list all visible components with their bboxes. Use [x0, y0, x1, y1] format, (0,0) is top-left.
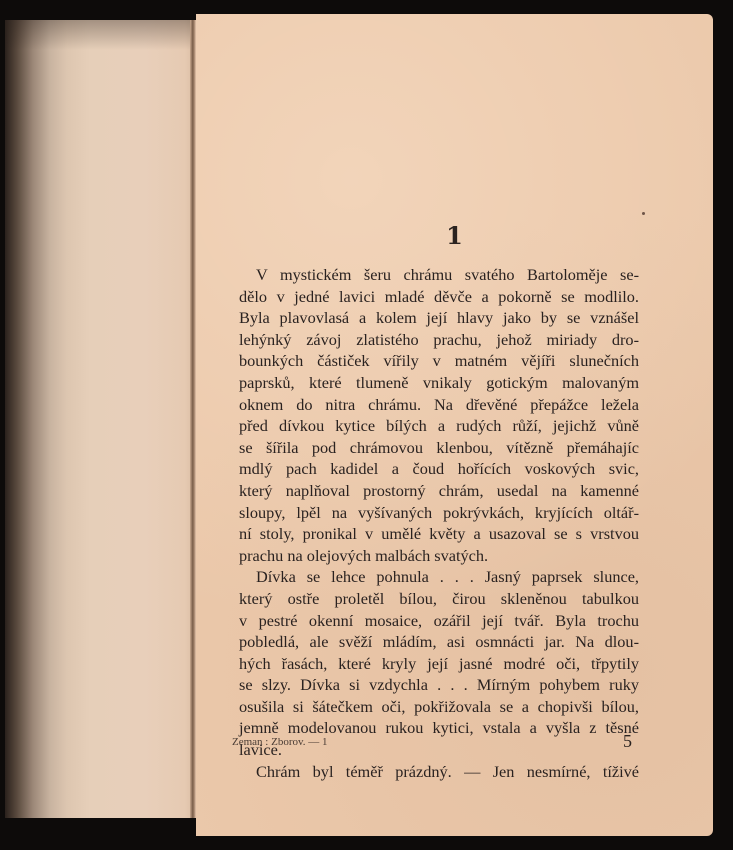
- text-line: Byla plavovlasá a kolem její hlavy jako …: [239, 307, 639, 329]
- text-line: ní stoly, pronikal v umělé květy a usazo…: [239, 523, 639, 545]
- text-line: se šířila pod chrámovou klenbou, vítězně…: [239, 437, 639, 459]
- text-line: před dívkou kytice bílých a rudých růží,…: [239, 415, 639, 437]
- text-line: lehýnký závoj zlatistého prachu, jehož m…: [239, 329, 639, 351]
- text-line: pobledlá, ale svěží mládím, asi osmnácti…: [239, 631, 639, 653]
- paper-speck: [642, 212, 645, 215]
- text-line: v pestré okenní mosaice, ozářil její tvá…: [239, 610, 639, 632]
- text-line: prachu na olejových malbách svatých.: [239, 545, 639, 567]
- page-number: 5: [623, 731, 632, 752]
- right-page: 1 V mystickém šeru chrámu svatého Bartol…: [196, 14, 713, 836]
- text-line: který naplňoval prostorný chrám, usedal …: [239, 480, 639, 502]
- text-line: hých řasách, které kryly její jasné modr…: [239, 653, 639, 675]
- book-scan: 1 V mystickém šeru chrámu svatého Bartol…: [0, 0, 733, 850]
- text-line: paprsků, které tlumeně vnikaly gotickým …: [239, 372, 639, 394]
- text-line: osušila si šátečkem oči, pokřižovala se …: [239, 696, 639, 718]
- body-text: V mystickém šeru chrámu svatého Bartolom…: [239, 264, 639, 782]
- text-line: dělo v jedné lavici mladé děvče a pokorn…: [239, 286, 639, 308]
- chapter-number: 1: [196, 221, 713, 250]
- text-line: se slzy. Dívka si vzdychla . . . Mírným …: [239, 674, 639, 696]
- text-line: který ostře proletěl bílou, čirou skleně…: [239, 588, 639, 610]
- text-line: Chrám byl téměř prázdný. — Jen nesmírné,…: [239, 761, 639, 783]
- footer-signature: Zeman : Zborov. — 1: [232, 736, 328, 748]
- text-line: sloupy, lpěl na vyšívaných pokrývkách, k…: [239, 502, 639, 524]
- text-line: V mystickém šeru chrámu svatého Bartolom…: [239, 264, 639, 286]
- left-page-blank: [5, 20, 193, 818]
- text-line: bounkých částiček vířily v matném vějíři…: [239, 350, 639, 372]
- text-line: oknem do nitra chrámu. Na dřevěné přepáž…: [239, 394, 639, 416]
- text-line: mdlý pach kadidel a čoud hořících voskov…: [239, 458, 639, 480]
- text-line: Dívka se lehce pohnula . . . Jasný paprs…: [239, 566, 639, 588]
